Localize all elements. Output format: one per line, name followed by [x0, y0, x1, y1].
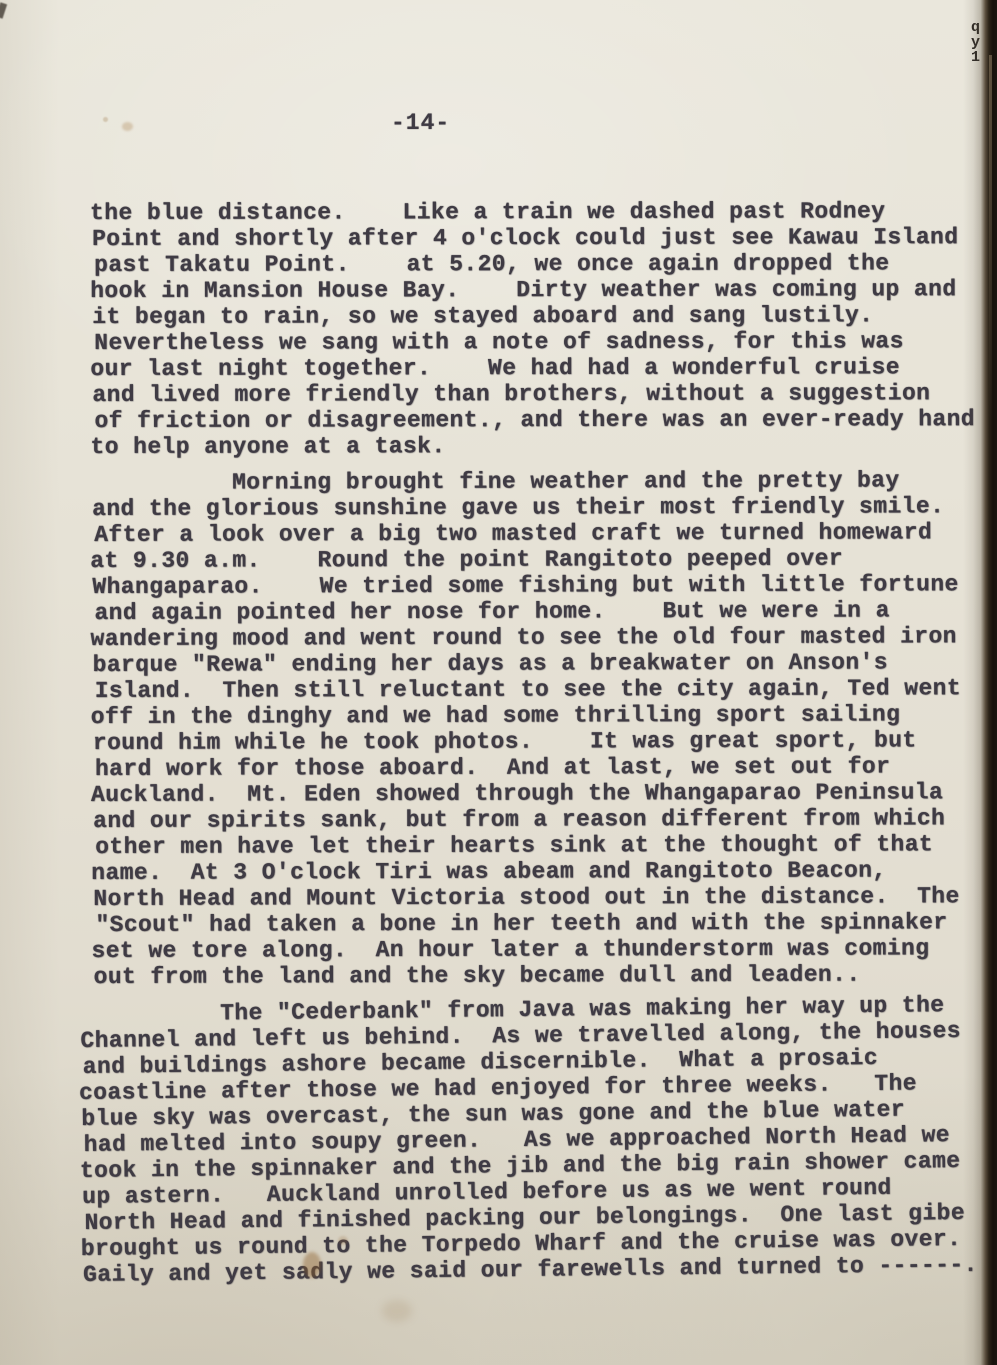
text-line: hook in Mansion House Bay. Dirty weather… — [90, 276, 995, 304]
page-number: -14- — [391, 110, 450, 136]
text-line: our last night together. We had had a wo… — [90, 354, 995, 382]
text-line: other men have let their hearts sink at … — [95, 831, 996, 860]
text-line: and again pointed her nose for home. But… — [94, 597, 995, 626]
text-line: to help anyone at a task. — [90, 432, 995, 460]
paper-stain — [103, 117, 108, 122]
text-line: out from the land and the sky became dul… — [94, 961, 997, 990]
text-line: past Takatu Point. at 5.20, we once agai… — [94, 250, 995, 278]
typewritten-body: the blue distance. Like a train we dashe… — [90, 200, 995, 1288]
text-line: and our spirits sank, but from a reason … — [93, 805, 996, 834]
text-line: the blue distance. Like a train we dashe… — [90, 198, 995, 226]
text-line: Auckland. Mt. Eden showed through the Wh… — [91, 779, 996, 808]
text-line: it began to rain, so we stayed aboard an… — [92, 302, 995, 330]
text-line: name. At 3 O'clock Tiri was abeam and Ra… — [91, 857, 996, 886]
paper-stain — [382, 1300, 412, 1322]
scan-edge-shadow — [963, 0, 997, 1365]
text-line: Whangaparao. We tried some fishing but w… — [92, 571, 995, 600]
text-line: hard work for those aboard. And at last,… — [95, 753, 996, 782]
scan-corner-mark — [0, 2, 7, 18]
text-line: and lived more friendly than brothers, w… — [92, 380, 995, 408]
paragraph: The "Cederbank" from Java was making her… — [78, 992, 997, 1288]
paragraph: the blue distance. Like a train we dashe… — [90, 198, 996, 460]
text-line: barque "Rewa" ending her days as a break… — [93, 649, 996, 678]
text-line: round him while he took photos. It was g… — [93, 727, 996, 756]
text-line: and the glorious sunshine gave us their … — [92, 493, 995, 522]
text-line: set we tore along. An hour later a thund… — [91, 935, 996, 964]
text-line: Nevertheless we sang with a note of sadn… — [94, 328, 995, 356]
paper-stain — [122, 122, 133, 131]
text-line: After a look over a big two masted craft… — [94, 519, 995, 548]
text-line: off in the dinghy and we had some thrill… — [91, 701, 996, 730]
text-line: Island. Then still reluctant to see the … — [95, 675, 996, 704]
paragraph: Morning brought fine weather and the pre… — [90, 467, 997, 990]
text-line: Morning brought fine weather and the pre… — [90, 467, 995, 496]
scanned-page: -14- the blue distance. Like a train we … — [0, 0, 997, 1365]
text-line: of friction or disagreement., and there … — [94, 406, 995, 434]
text-line: wandering mood and went round to see the… — [90, 623, 995, 652]
text-line: at 9.30 a.m. Round the point Rangitoto p… — [90, 545, 995, 574]
text-line: Point and shortly after 4 o'clock could … — [92, 224, 995, 252]
text-line: "Scout" had taken a bone in her teeth an… — [95, 909, 996, 938]
text-line: North Head and Mount Victoria stood out … — [93, 883, 996, 912]
